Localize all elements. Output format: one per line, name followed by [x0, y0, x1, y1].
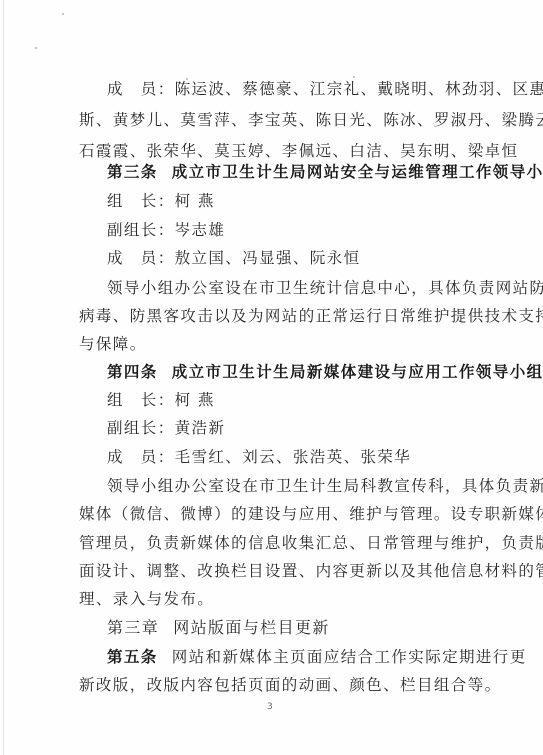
members-label: 成 员：	[107, 248, 175, 268]
scan-speck	[62, 13, 64, 15]
text-line: 媒体（微信、微博）的建设与应用、维护与管理。设专职新媒体	[79, 504, 483, 524]
text-line: 管理员，负责新媒体的信息收集汇总、日常管理与维护，负责版	[79, 533, 483, 553]
page-number: 3	[267, 702, 273, 712]
members-names: 敖立国、冯显强、阮永恒	[175, 249, 361, 267]
leader-name: 柯 燕	[175, 192, 215, 210]
members-line: 成 员：敖立国、冯显强、阮永恒	[107, 248, 483, 268]
deputy-label: 副组长：	[107, 220, 175, 240]
deputy-name: 岑志雄	[175, 221, 226, 239]
paragraph-line: 领导小组办公室设在市卫生统计信息中心，具体负责网站防	[107, 278, 483, 298]
article-paragraph: 第五条网站和新媒体主页面应结合工作实际定期进行更	[107, 647, 483, 667]
deputy-name: 黄浩新	[175, 419, 226, 437]
scan-speck	[506, 125, 508, 127]
text-line: 理、录入与发布。	[79, 589, 483, 609]
scan-speck	[353, 76, 355, 78]
text-line: 斯、黄梦儿、莫雪萍、李宝英、陈日光、陈冰、罗淑丹、梁腾云、	[79, 110, 483, 130]
members-line: 成 员：陈运波、蔡德豪、江宗礼、戴晓明、林劲羽、区惠	[107, 79, 483, 99]
article-number: 第三条	[107, 162, 158, 182]
leader-line: 组 长：柯 燕	[107, 191, 483, 211]
scan-speck	[35, 47, 37, 49]
chapter-heading: 第三章网站版面与栏目更新	[107, 618, 483, 638]
article-heading: 第四条成立市卫生计生局新媒体建设与应用工作领导小组	[107, 362, 483, 382]
article-heading: 第三条成立市卫生计生局网站安全与运维管理工作领导小组	[107, 162, 483, 182]
members-names: 陈运波、蔡德豪、江宗礼、戴晓明、林劲羽、区惠	[175, 80, 543, 98]
text-line: 病毒、防黑客攻击以及为网站的正常运行日常维护提供技术支持	[79, 306, 483, 326]
text-line: 与保障。	[79, 334, 483, 354]
text-line: 新改版，改版内容包括页面的动画、颜色、栏目组合等。	[79, 675, 483, 695]
deputy-line: 副组长：黄浩新	[107, 418, 483, 438]
chapter-title: 网站版面与栏目更新	[173, 618, 330, 637]
deputy-line: 副组长：岑志雄	[107, 220, 483, 240]
members-label: 成 员：	[107, 447, 175, 467]
chapter-number: 第三章	[107, 618, 159, 638]
deputy-label: 副组长：	[107, 418, 175, 438]
leader-label: 组 长：	[107, 191, 175, 211]
members-line: 成 员：毛雪红、刘云、张浩英、张荣华	[107, 447, 483, 467]
article-text: 网站和新媒体主页面应结合工作实际定期进行更	[172, 648, 527, 666]
leader-name: 柯 燕	[175, 391, 215, 409]
page-edge	[3, 0, 4, 755]
text-line: 面设计、调整、改换栏目设置、内容更新以及其他信息材料的管	[79, 561, 483, 581]
article-number: 第四条	[107, 362, 158, 382]
article-number: 第五条	[107, 647, 158, 667]
members-names: 毛雪红、刘云、张浩英、张荣华	[175, 448, 412, 466]
leader-label: 组 长：	[107, 390, 175, 410]
leader-line: 组 长：柯 燕	[107, 390, 483, 410]
text-line: 石霞霞、张荣华、莫玉婷、李佩远、白洁、吴东明、梁卓恒	[79, 141, 483, 161]
scan-speck	[186, 78, 188, 80]
members-label: 成 员：	[107, 79, 175, 99]
document-page: 成 员：陈运波、蔡德豪、江宗礼、戴晓明、林劲羽、区惠 斯、黄梦儿、莫雪萍、李宝英…	[0, 0, 543, 755]
article-title: 成立市卫生计生局新媒体建设与应用工作领导小组	[172, 362, 543, 381]
article-title: 成立市卫生计生局网站安全与运维管理工作领导小组	[172, 162, 543, 181]
paragraph-line: 领导小组办公室设在市卫生计生局科教宣传科，具体负责新	[107, 476, 483, 496]
